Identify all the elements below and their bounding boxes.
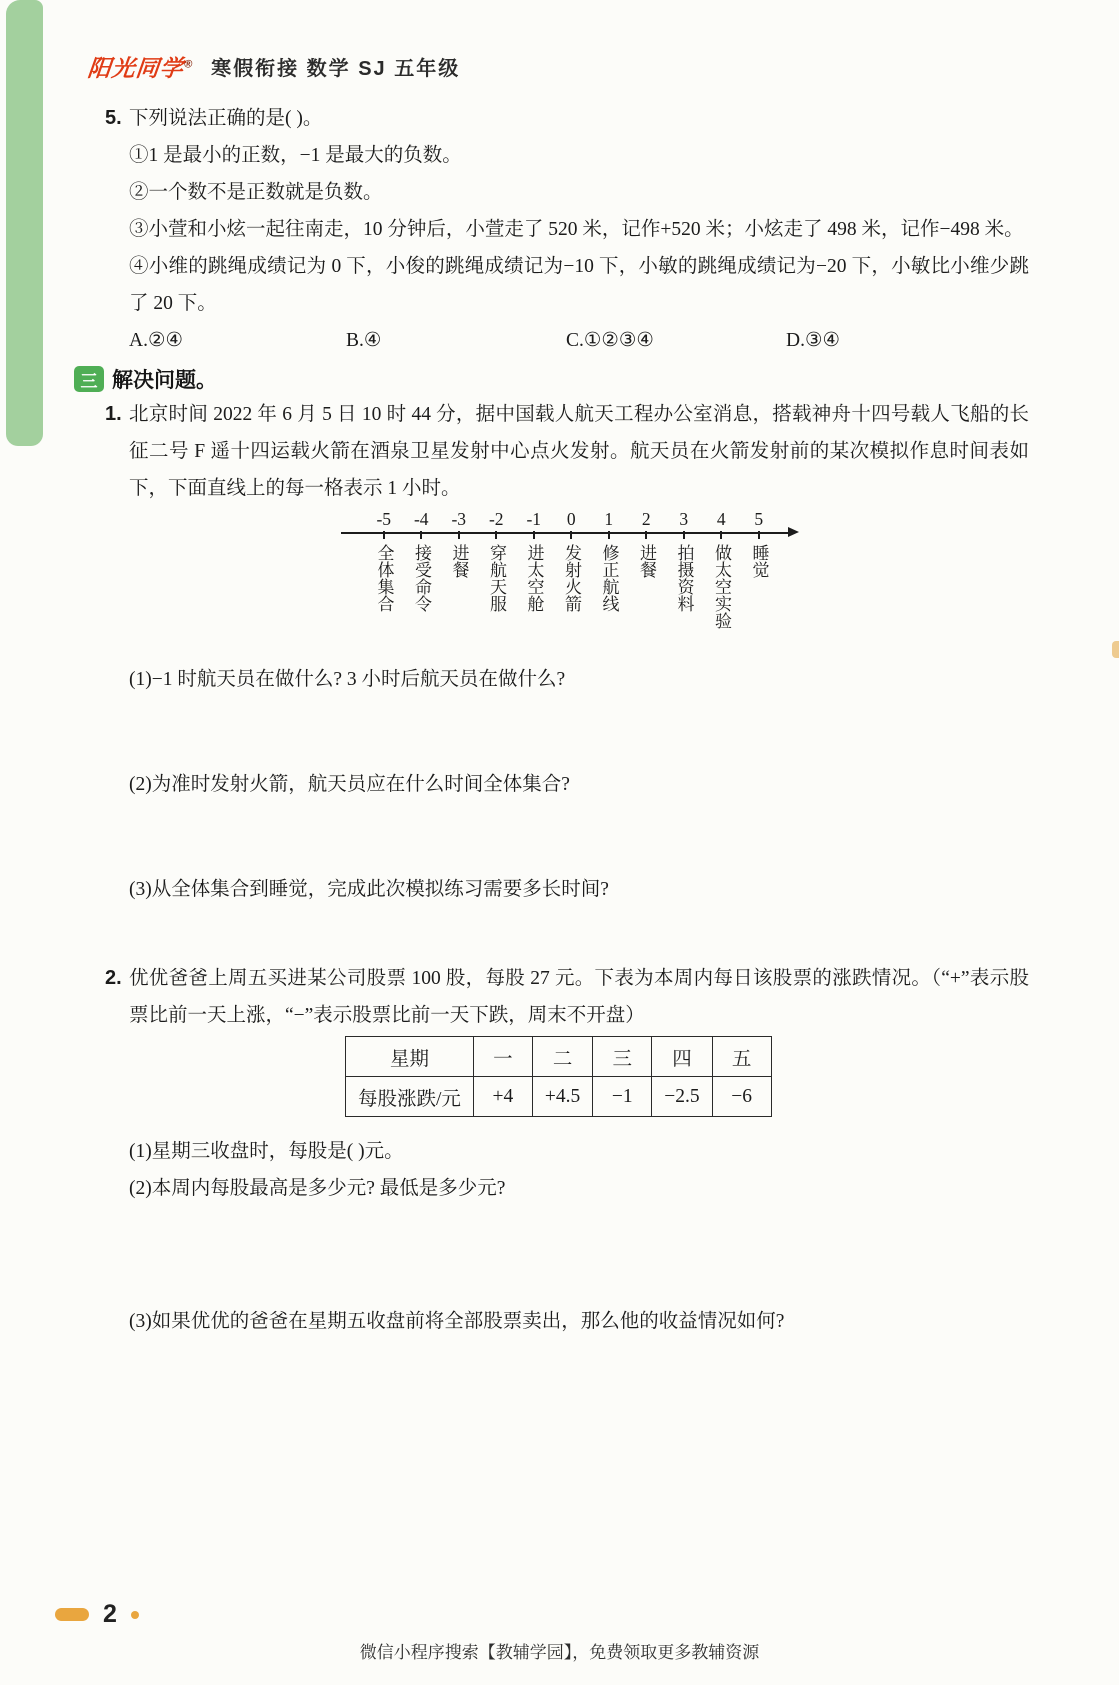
- number-line-activity-labels: 全体集合 接受命令 进餐 穿航天服 进太空舱 发射火箭 修正航线 进餐 拍摄资料…: [341, 544, 803, 647]
- option-c: C.①②③④: [566, 322, 786, 359]
- activity-label: 全体集合: [374, 544, 394, 647]
- worksheet-page: 阳光同学® 寒假衔接 数学 SJ 五年级 5. 下列说法正确的是( )。 ①1 …: [0, 0, 1119, 1685]
- activity-label: 接受命令: [411, 544, 431, 647]
- activity-label: 做太空实验: [711, 544, 731, 647]
- question-stem: 下列说法正确的是( )。: [129, 108, 322, 129]
- page-pill-icon: [55, 1608, 89, 1621]
- subquestion: (3)从全体集合到睡觉，完成此次模拟练习需要多长时间?: [105, 871, 1029, 908]
- subquestion: (1)−1 时航天员在做什么? 3 小时后航天员在做什么?: [105, 661, 1029, 698]
- option-a: A.②④: [129, 322, 346, 359]
- tick-number: 2: [628, 507, 666, 531]
- question-text: 优优爸爸上周五买进某公司股票 100 股，每股 27 元。下表为本周内每日该股票…: [129, 968, 1029, 1026]
- subquestion: (2)本周内每股最高是多少元? 最低是多少元?: [105, 1170, 1029, 1207]
- tick-number: 4: [703, 507, 741, 531]
- table-header-cell: 三: [593, 1037, 652, 1077]
- activity-label: 拍摄资料: [674, 544, 694, 647]
- question-2: 2. 优优爸爸上周五买进某公司股票 100 股，每股 27 元。下表为本周内每日…: [105, 960, 1029, 1034]
- tick-number: -4: [403, 507, 441, 531]
- subquestion: (1)星期三收盘时，每股是( )元。: [105, 1133, 1029, 1170]
- option-d: D.③④: [786, 322, 1029, 359]
- table-cell: −1: [593, 1077, 652, 1117]
- table-row-label: 每股涨跌/元: [346, 1077, 474, 1117]
- number-line: -5 -4 -3 -2 -1 0 1 2 3 4 5 全体集合 接受命令 进餐: [341, 507, 803, 647]
- statement: ②一个数不是正数就是负数。: [129, 174, 1029, 211]
- activity-label: 进餐: [636, 544, 656, 647]
- registered-mark: ®: [184, 58, 194, 70]
- content-column: 5. 下列说法正确的是( )。 ①1 是最小的正数，−1 是最大的负数。 ②一个…: [105, 100, 1029, 1340]
- statement: ④小维的跳绳成绩记为 0 下，小俊的跳绳成绩记为−10 下，小敏的跳绳成绩记为−…: [129, 248, 1029, 322]
- tick-number: -3: [440, 507, 478, 531]
- left-green-spine: [6, 0, 43, 446]
- page-number: 2: [103, 1600, 117, 1629]
- question-number: 1.: [105, 396, 122, 433]
- number-line-axis: [341, 532, 791, 534]
- tick-number: -2: [478, 507, 516, 531]
- activity-label: 发射火箭: [561, 544, 581, 647]
- tick-number: 5: [740, 507, 778, 531]
- question-1: 1. 北京时间 2022 年 6 月 5 日 10 时 44 分，据中国载人航天…: [105, 396, 1029, 507]
- right-edge-notch: [1112, 641, 1119, 658]
- tick-number: 1: [590, 507, 628, 531]
- question-5-statements: ①1 是最小的正数，−1 是最大的负数。 ②一个数不是正数就是负数。 ③小萱和小…: [105, 137, 1029, 322]
- activity-label: 睡觉: [749, 544, 769, 647]
- tick-number: 3: [665, 507, 703, 531]
- table-cell: +4.5: [532, 1077, 592, 1117]
- activity-label: 修正航线: [599, 544, 619, 647]
- section-title: 解决问题。: [112, 364, 217, 394]
- table-header-cell: 一: [473, 1037, 532, 1077]
- table-values-row: 每股涨跌/元 +4 +4.5 −1 −2.5 −6: [346, 1077, 772, 1117]
- question-5: 5. 下列说法正确的是( )。: [105, 100, 1029, 137]
- edition-title: 寒假衔接 数学 SJ 五年级: [211, 52, 460, 81]
- page-dot-icon: [131, 1611, 139, 1619]
- question-number: 5.: [105, 100, 122, 137]
- table-cell: −2.5: [652, 1077, 712, 1117]
- table-header-cell: 星期: [346, 1037, 474, 1077]
- table-cell: −6: [712, 1077, 771, 1117]
- table-cell: +4: [473, 1077, 532, 1117]
- table-header-cell: 四: [652, 1037, 712, 1077]
- question-text: 北京时间 2022 年 6 月 5 日 10 时 44 分，据中国载人航天工程办…: [129, 404, 1029, 499]
- page-header: 阳光同学® 寒假衔接 数学 SJ 五年级: [88, 50, 460, 83]
- stock-table: 星期 一 二 三 四 五 每股涨跌/元 +4 +4.5 −1 −2.5 −6: [345, 1036, 772, 1117]
- section-header: 三 解决问题。: [74, 362, 1029, 396]
- subquestion: (2)为准时发射火箭，航天员应在什么时间全体集合?: [105, 766, 1029, 803]
- activity-label: 穿航天服: [486, 544, 506, 647]
- tick-number: 0: [553, 507, 591, 531]
- axis-arrow-icon: [788, 527, 799, 537]
- tick-number: -5: [365, 507, 403, 531]
- section-badge-icon: 三: [74, 366, 104, 392]
- tick-number: -1: [515, 507, 553, 531]
- question-number: 2.: [105, 960, 122, 997]
- activity-label: 进太空舱: [524, 544, 544, 647]
- options-row: A.②④ B.④ C.①②③④ D.③④: [105, 322, 1029, 359]
- activity-label: 进餐: [449, 544, 469, 647]
- footer-page-block: 2: [55, 1600, 139, 1629]
- brand-logo: 阳光同学®: [86, 50, 195, 83]
- footer-note: 微信小程序搜索【教辅学园】，免费领取更多教辅资源: [0, 1638, 1119, 1663]
- option-b: B.④: [346, 322, 566, 359]
- table-header-row: 星期 一 二 三 四 五: [346, 1037, 772, 1077]
- statement: ③小萱和小炫一起往南走，10 分钟后，小萱走了 520 米，记作+520 米；小…: [129, 211, 1029, 248]
- brand-logo-text: 阳光同学: [86, 55, 185, 81]
- table-header-cell: 五: [712, 1037, 771, 1077]
- number-line-numbers: -5 -4 -3 -2 -1 0 1 2 3 4 5: [341, 507, 803, 531]
- subquestion: (3)如果优优的爸爸在星期五收盘前将全部股票卖出，那么他的收益情况如何?: [105, 1303, 1029, 1340]
- table-header-cell: 二: [532, 1037, 592, 1077]
- statement: ①1 是最小的正数，−1 是最大的负数。: [129, 137, 1029, 174]
